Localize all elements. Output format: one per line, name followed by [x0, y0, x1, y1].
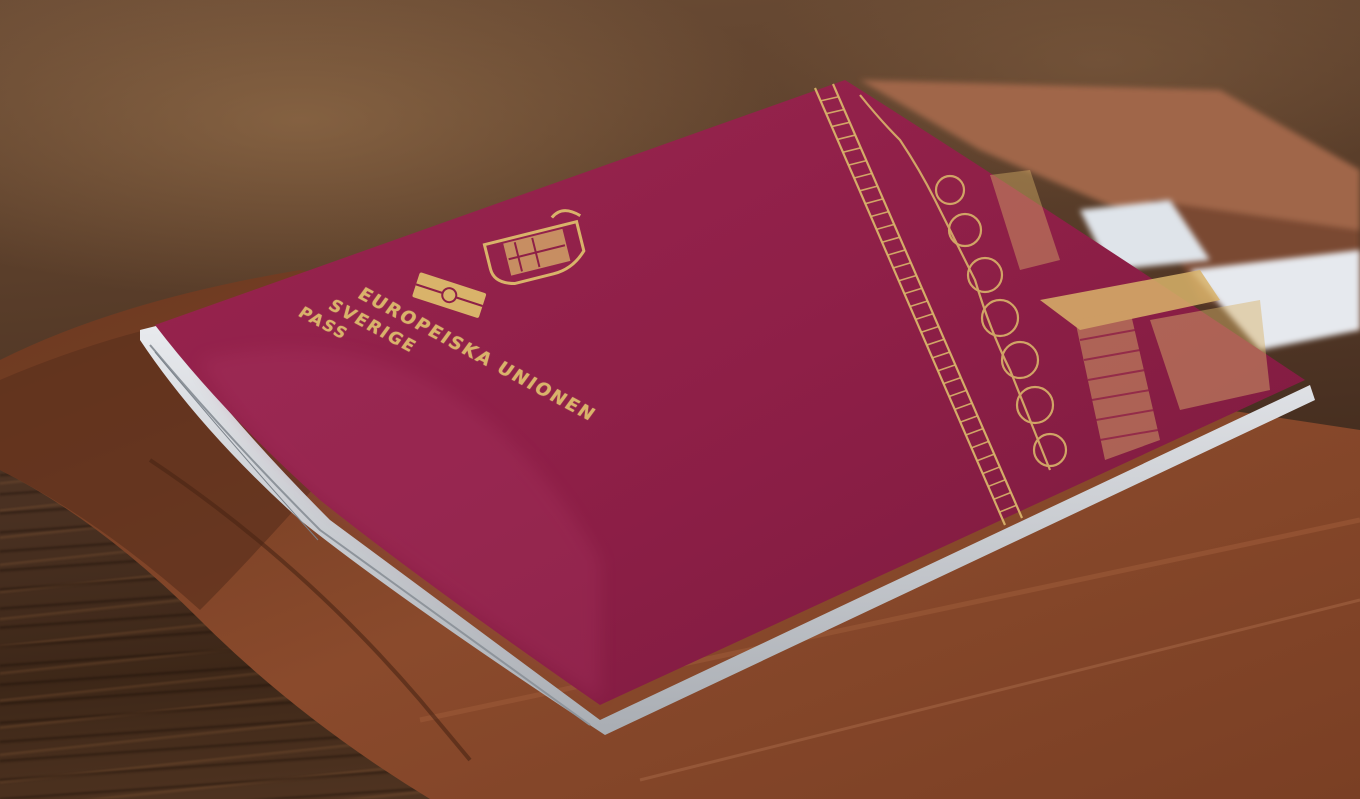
photo-scene: EUROPEISKA UNIONEN SVERIGE PASS [0, 0, 1360, 799]
scene-illustration [0, 0, 1360, 799]
